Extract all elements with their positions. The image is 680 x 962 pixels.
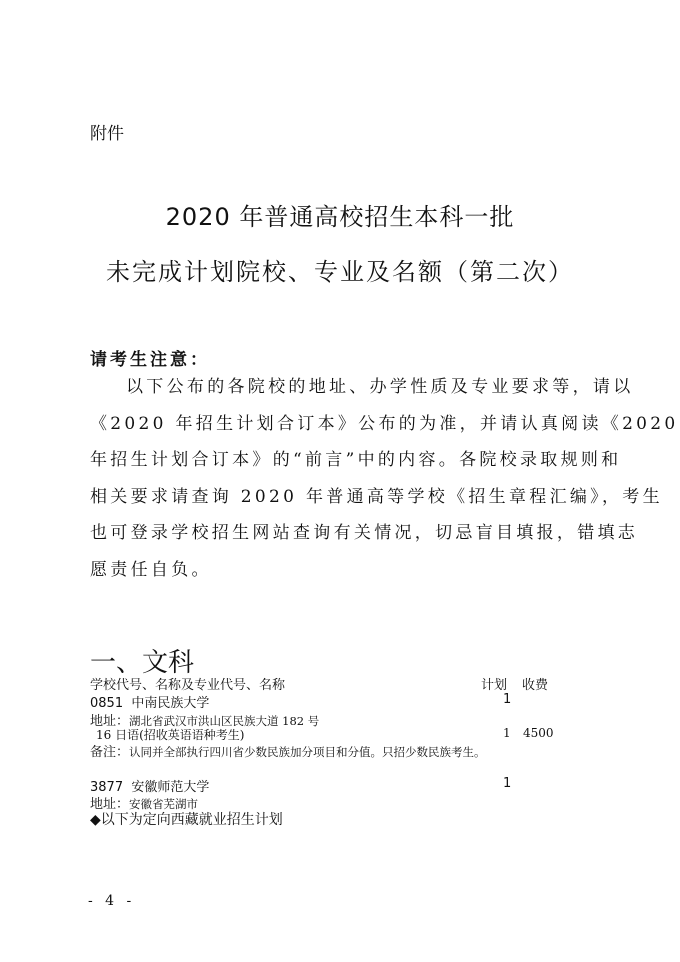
remark-value: 认同并全部执行四川省少数民族加分项目和分值。只招少数民族考生。 — [129, 745, 486, 759]
attachment-label: 附件 — [90, 119, 124, 144]
notice-line: 愿责任自负。 — [90, 552, 596, 589]
notice-line: 相关要求请查询 2020 年普通高等学校《招生章程汇编》，考生 — [90, 479, 596, 516]
major-plan: 1 — [503, 726, 511, 740]
school-plan: 1 — [503, 692, 511, 707]
school-remark-row: 备注：认同并全部执行四川省少数民族加分项目和分值。只招少数民族考生。 — [90, 741, 486, 761]
major-name: 日语(招收英语语种考生) — [115, 728, 244, 742]
notice-line: 《2020 年招生计划合订本》公布的为准，并请认真阅读《2020 — [90, 406, 596, 443]
column-header-fee: 收费 — [522, 674, 548, 693]
subsection-note: ◆以下为定向西藏就业招生计划 — [90, 809, 283, 829]
notice-line: 也可登录学校招生网站查询有关情况，切忌盲目填报，错填志 — [90, 515, 596, 552]
notice-paragraph: 以下公布的各院校的地址、办学性质及专业要求等，请以 《2020 年招生计划合订本… — [90, 369, 596, 589]
column-header-plan: 计划 — [481, 674, 507, 693]
school-code: 0851 — [90, 696, 123, 711]
school-row: 0851 中南民族大学 — [90, 692, 209, 711]
document-title-line-1: 2020 年普通高校招生本科一批 — [0, 197, 680, 232]
major-fee: 4500 — [523, 726, 554, 740]
column-header-name: 学校代号、名称及专业代号、名称 — [90, 674, 285, 693]
page-number: - 4 - — [88, 893, 135, 909]
major-code: 16 — [96, 728, 111, 742]
document-title-line-2: 未完成计划院校、专业及名额（第二次） — [0, 252, 680, 287]
school-name: 中南民族大学 — [131, 696, 209, 711]
notice-heading: 请考生注意： — [90, 345, 210, 370]
notice-line: 年招生计划合订本》的“前言”中的内容。各院校录取规则和 — [90, 442, 596, 479]
notice-line: 以下公布的各院校的地址、办学性质及专业要求等，请以 — [90, 369, 596, 406]
school-plan: 1 — [503, 776, 511, 791]
remark-label: 备注： — [90, 745, 129, 760]
